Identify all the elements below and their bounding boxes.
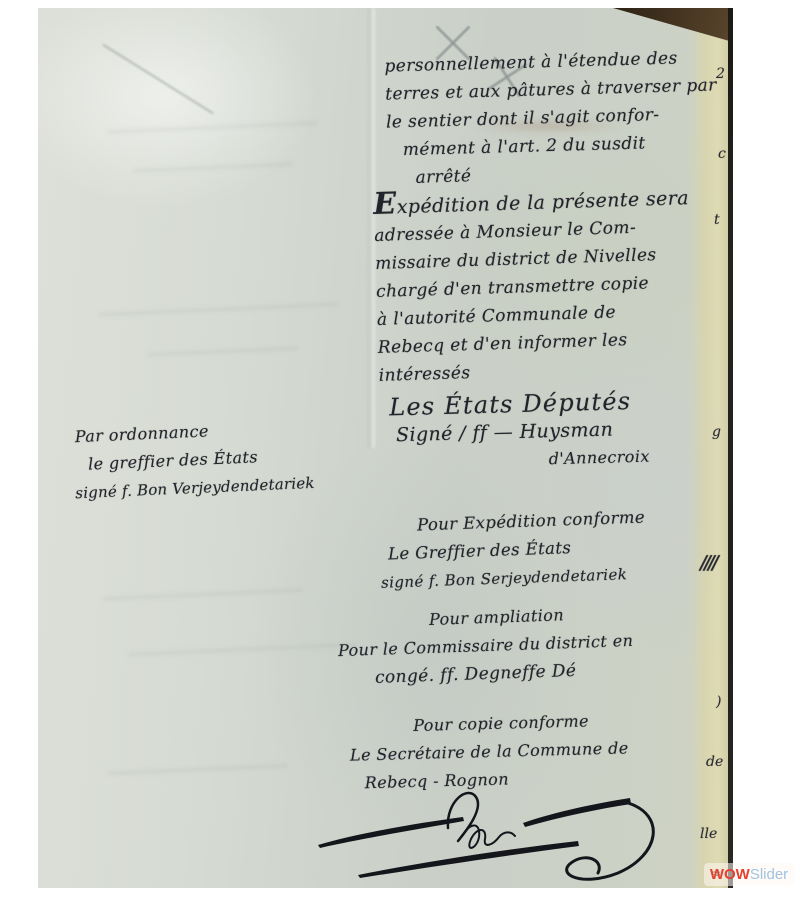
next-page-fragment: c bbox=[718, 146, 726, 162]
wowslider-watermark[interactable]: WOWSlider bbox=[704, 863, 794, 886]
next-page-fragment: ∕∕∕∕ bbox=[700, 552, 716, 574]
handwritten-block-pour-ampliation: Pour ampliation Pour le Commissaire du d… bbox=[337, 599, 635, 693]
page-edge-line bbox=[728, 8, 733, 888]
signature-flourish bbox=[298, 783, 678, 888]
next-page-fragment: 2 bbox=[716, 66, 725, 82]
showthrough-mark bbox=[108, 764, 288, 775]
next-page-fragment: de bbox=[706, 754, 723, 770]
showthrough-mark bbox=[133, 163, 293, 173]
handwritten-block-sentier: personnellement à l'étendue des terres e… bbox=[384, 43, 719, 192]
next-page-fragment: g bbox=[712, 424, 721, 440]
handwritten-block-par-ordonnance: Par ordonnance le greffier des États sig… bbox=[74, 413, 315, 507]
handwritten-line: d'Annecroix bbox=[548, 443, 650, 474]
wowslider-slider-label: Slider bbox=[750, 866, 788, 883]
showthrough-mark bbox=[103, 589, 303, 601]
document-photo: personnellement à l'étendue des terres e… bbox=[38, 8, 733, 888]
handwritten-block-expedition: Expédition de la présente sera adressée … bbox=[373, 181, 695, 390]
showthrough-mark bbox=[148, 347, 298, 357]
next-page-fragment: lle bbox=[700, 826, 717, 842]
paper-crease bbox=[102, 44, 213, 115]
next-page-fragment: t bbox=[714, 212, 720, 228]
handwritten-block-etats-deputes: Les États Députés Signé / ff — Huysman d… bbox=[389, 387, 650, 478]
showthrough-mark bbox=[108, 121, 318, 133]
screenshot-canvas: personnellement à l'étendue des terres e… bbox=[0, 0, 800, 900]
handwritten-block-pour-expedition: Pour Expédition conforme Le Greffier des… bbox=[387, 504, 648, 597]
showthrough-mark bbox=[128, 643, 358, 656]
showthrough-mark bbox=[98, 303, 338, 316]
wowslider-wow-label: WOW bbox=[710, 866, 750, 883]
next-page-fragment: ) bbox=[716, 694, 721, 710]
